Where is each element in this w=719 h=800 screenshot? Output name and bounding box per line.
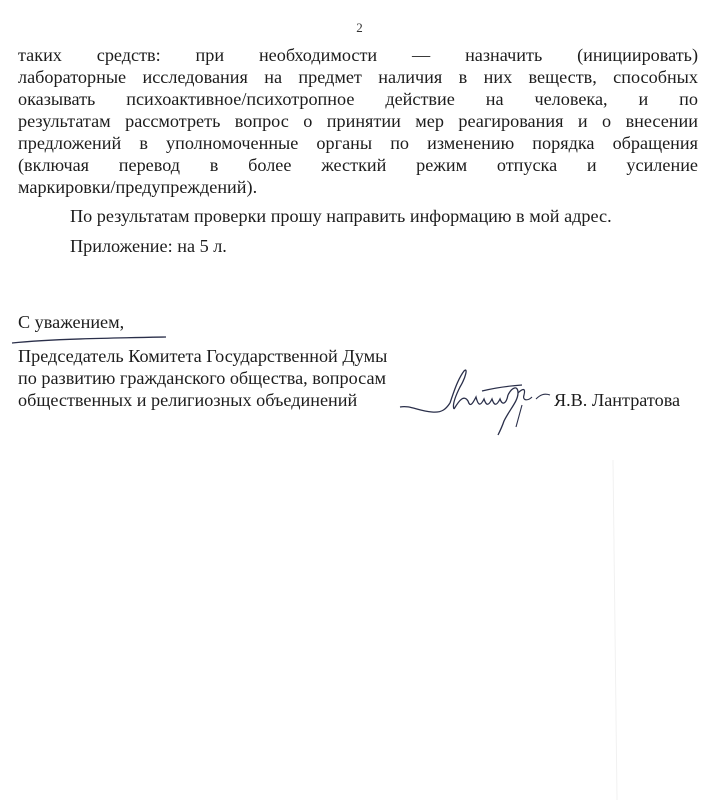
body-paragraph: таких средств: при необходимости — назна… <box>18 44 698 198</box>
text-line: результатам рассмотреть вопрос о приняти… <box>18 110 698 132</box>
closing-salutation: С уважением, <box>18 312 124 333</box>
text-line: лабораторные исследования на предмет нал… <box>18 66 698 88</box>
appendix-note: Приложение: на 5 л. <box>18 236 227 257</box>
text-line: таких средств: при необходимости — назна… <box>18 44 698 66</box>
signer-title-line: Председатель Комитета Государственной Ду… <box>18 345 387 367</box>
signer-title-line: общественных и религиозных объединений <box>18 389 387 411</box>
signer-title-line: по развитию гражданского общества, вопро… <box>18 367 387 389</box>
text-line: оказывать психоактивное/психотропное дей… <box>18 88 698 110</box>
handwritten-signature <box>398 365 558 445</box>
request-paragraph: По результатам проверки прошу направить … <box>18 206 612 227</box>
text-line: предложений в уполномоченные органы по и… <box>18 132 698 154</box>
signer-title: Председатель Комитета Государственной Ду… <box>18 345 387 411</box>
scan-artifact-line <box>612 460 620 800</box>
signer-name: Я.В. Лантратова <box>554 390 680 411</box>
text-line: (включая перевод в более жесткий режим о… <box>18 154 698 176</box>
paragraph-main: таких средств: при необходимости — назна… <box>18 44 698 198</box>
text-line: маркировки/предупреждений). <box>18 176 698 198</box>
page-number: 2 <box>0 20 719 36</box>
